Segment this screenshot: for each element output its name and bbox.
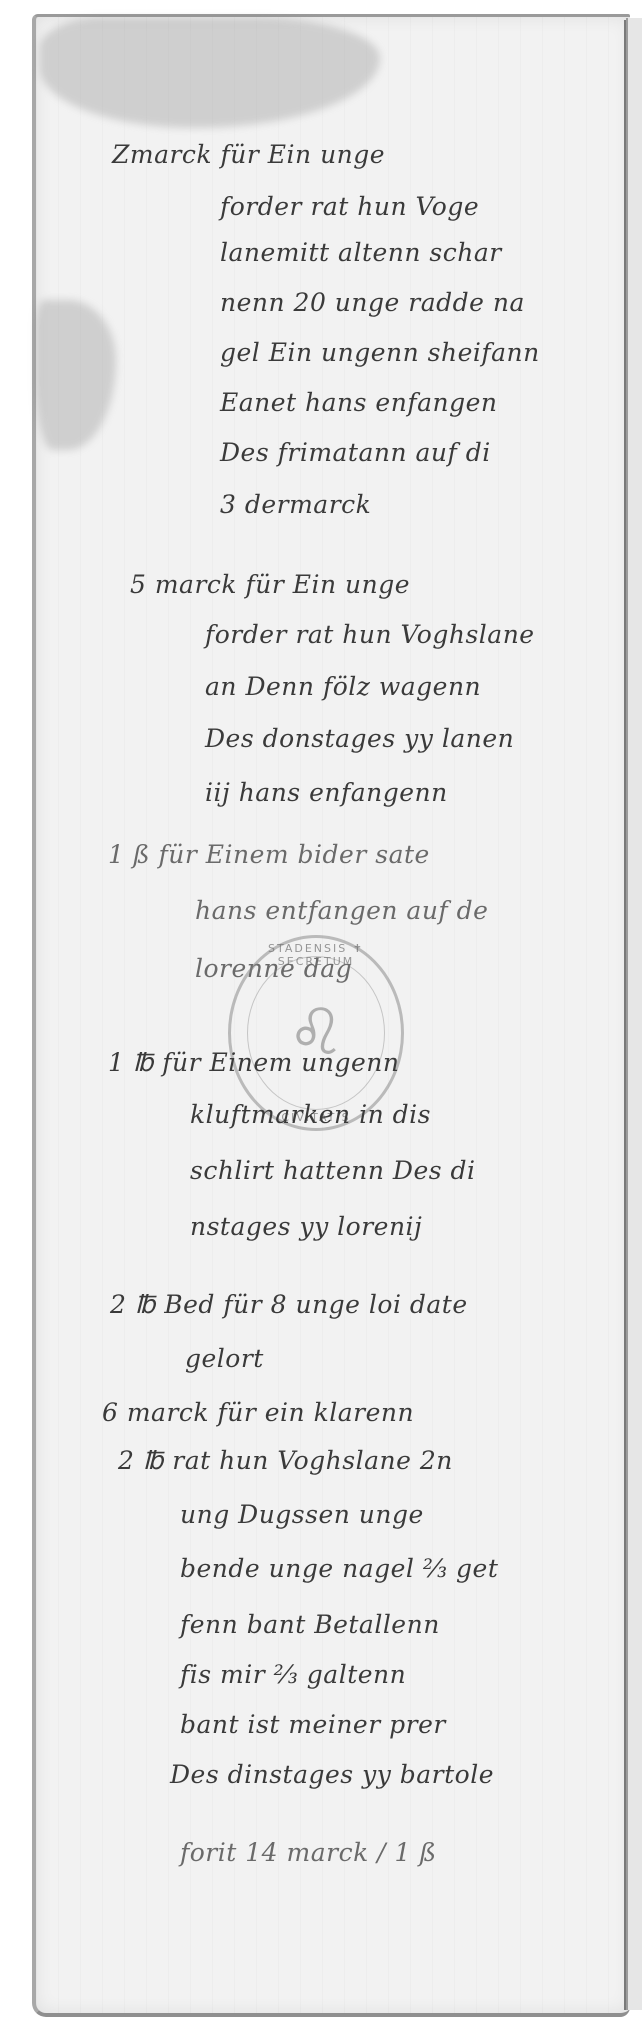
entry-6-line-8: Des dinstages yy bartole [170, 1760, 494, 1789]
entry-6-line-7: bant ist meiner prer [180, 1710, 446, 1739]
entry-1-line-6: Eanet hans enfangen [220, 388, 497, 417]
entry-1-line-4: nenn 20 unge radde na [220, 288, 525, 317]
entry-1-line-5: gel Ein ungenn sheifann [220, 338, 540, 367]
entry-6-line-4: bende unge nagel ⅔ get [180, 1554, 498, 1583]
entry-5-line-1: 2 ℔ Bed für 8 unge loi date [110, 1290, 468, 1319]
entry-6-line-3: ung Dugssen unge [180, 1500, 424, 1529]
entry-3-line-2: hans entfangen auf de [195, 896, 488, 925]
entry-2-line-2: forder rat hun Voghslane [205, 620, 535, 649]
stamp-text-top: STADENSIS ✝ SECRETUM [231, 942, 401, 968]
entry-6-line-2: 2 ℔ rat hun Voghslane 2n [118, 1446, 453, 1475]
entry-6-line-6: fis mir ⅔ galtenn [180, 1660, 406, 1689]
entry-5-line-2: gelort [185, 1344, 264, 1373]
fold-line [624, 20, 626, 2010]
entry-2-line-3: an Denn fölz wagenn [205, 672, 481, 701]
entry-2-line-4: Des donstages yy lanen [205, 724, 514, 753]
entry-4-line-3: schlirt hattenn Des di [190, 1156, 476, 1185]
entry-6-line-1: 6 marck für ein klarenn [102, 1398, 414, 1427]
entry-1-line-7: Des frimatann auf di [220, 438, 491, 467]
entry-6-line-5: fenn bant Betallenn [180, 1610, 440, 1639]
entry-3-line-1: 1 ß für Einem bider sate [108, 840, 430, 869]
entry-1-line-1: Zmarck für Ein unge [112, 140, 385, 169]
entry-4-line-1: 1 ℔ für Einem ungenn [108, 1048, 400, 1077]
binding-strip [626, 18, 642, 2010]
entry-1-line-3: lanemitt altenn schar [220, 238, 502, 267]
entry-4-line-4: nstages yy lorenij [190, 1212, 422, 1241]
entry-1-line-2: forder rat hun Voge [220, 192, 479, 221]
total-line: forit 14 marck / 1 ß [180, 1838, 437, 1867]
entry-2-line-1: 5 marck für Ein unge [130, 570, 410, 599]
entry-2-line-5: iij hans enfangenn [205, 778, 448, 807]
entry-1-line-8: 3 dermarck [220, 490, 371, 519]
entry-4-line-2: kluftmarken in dis [190, 1100, 431, 1129]
